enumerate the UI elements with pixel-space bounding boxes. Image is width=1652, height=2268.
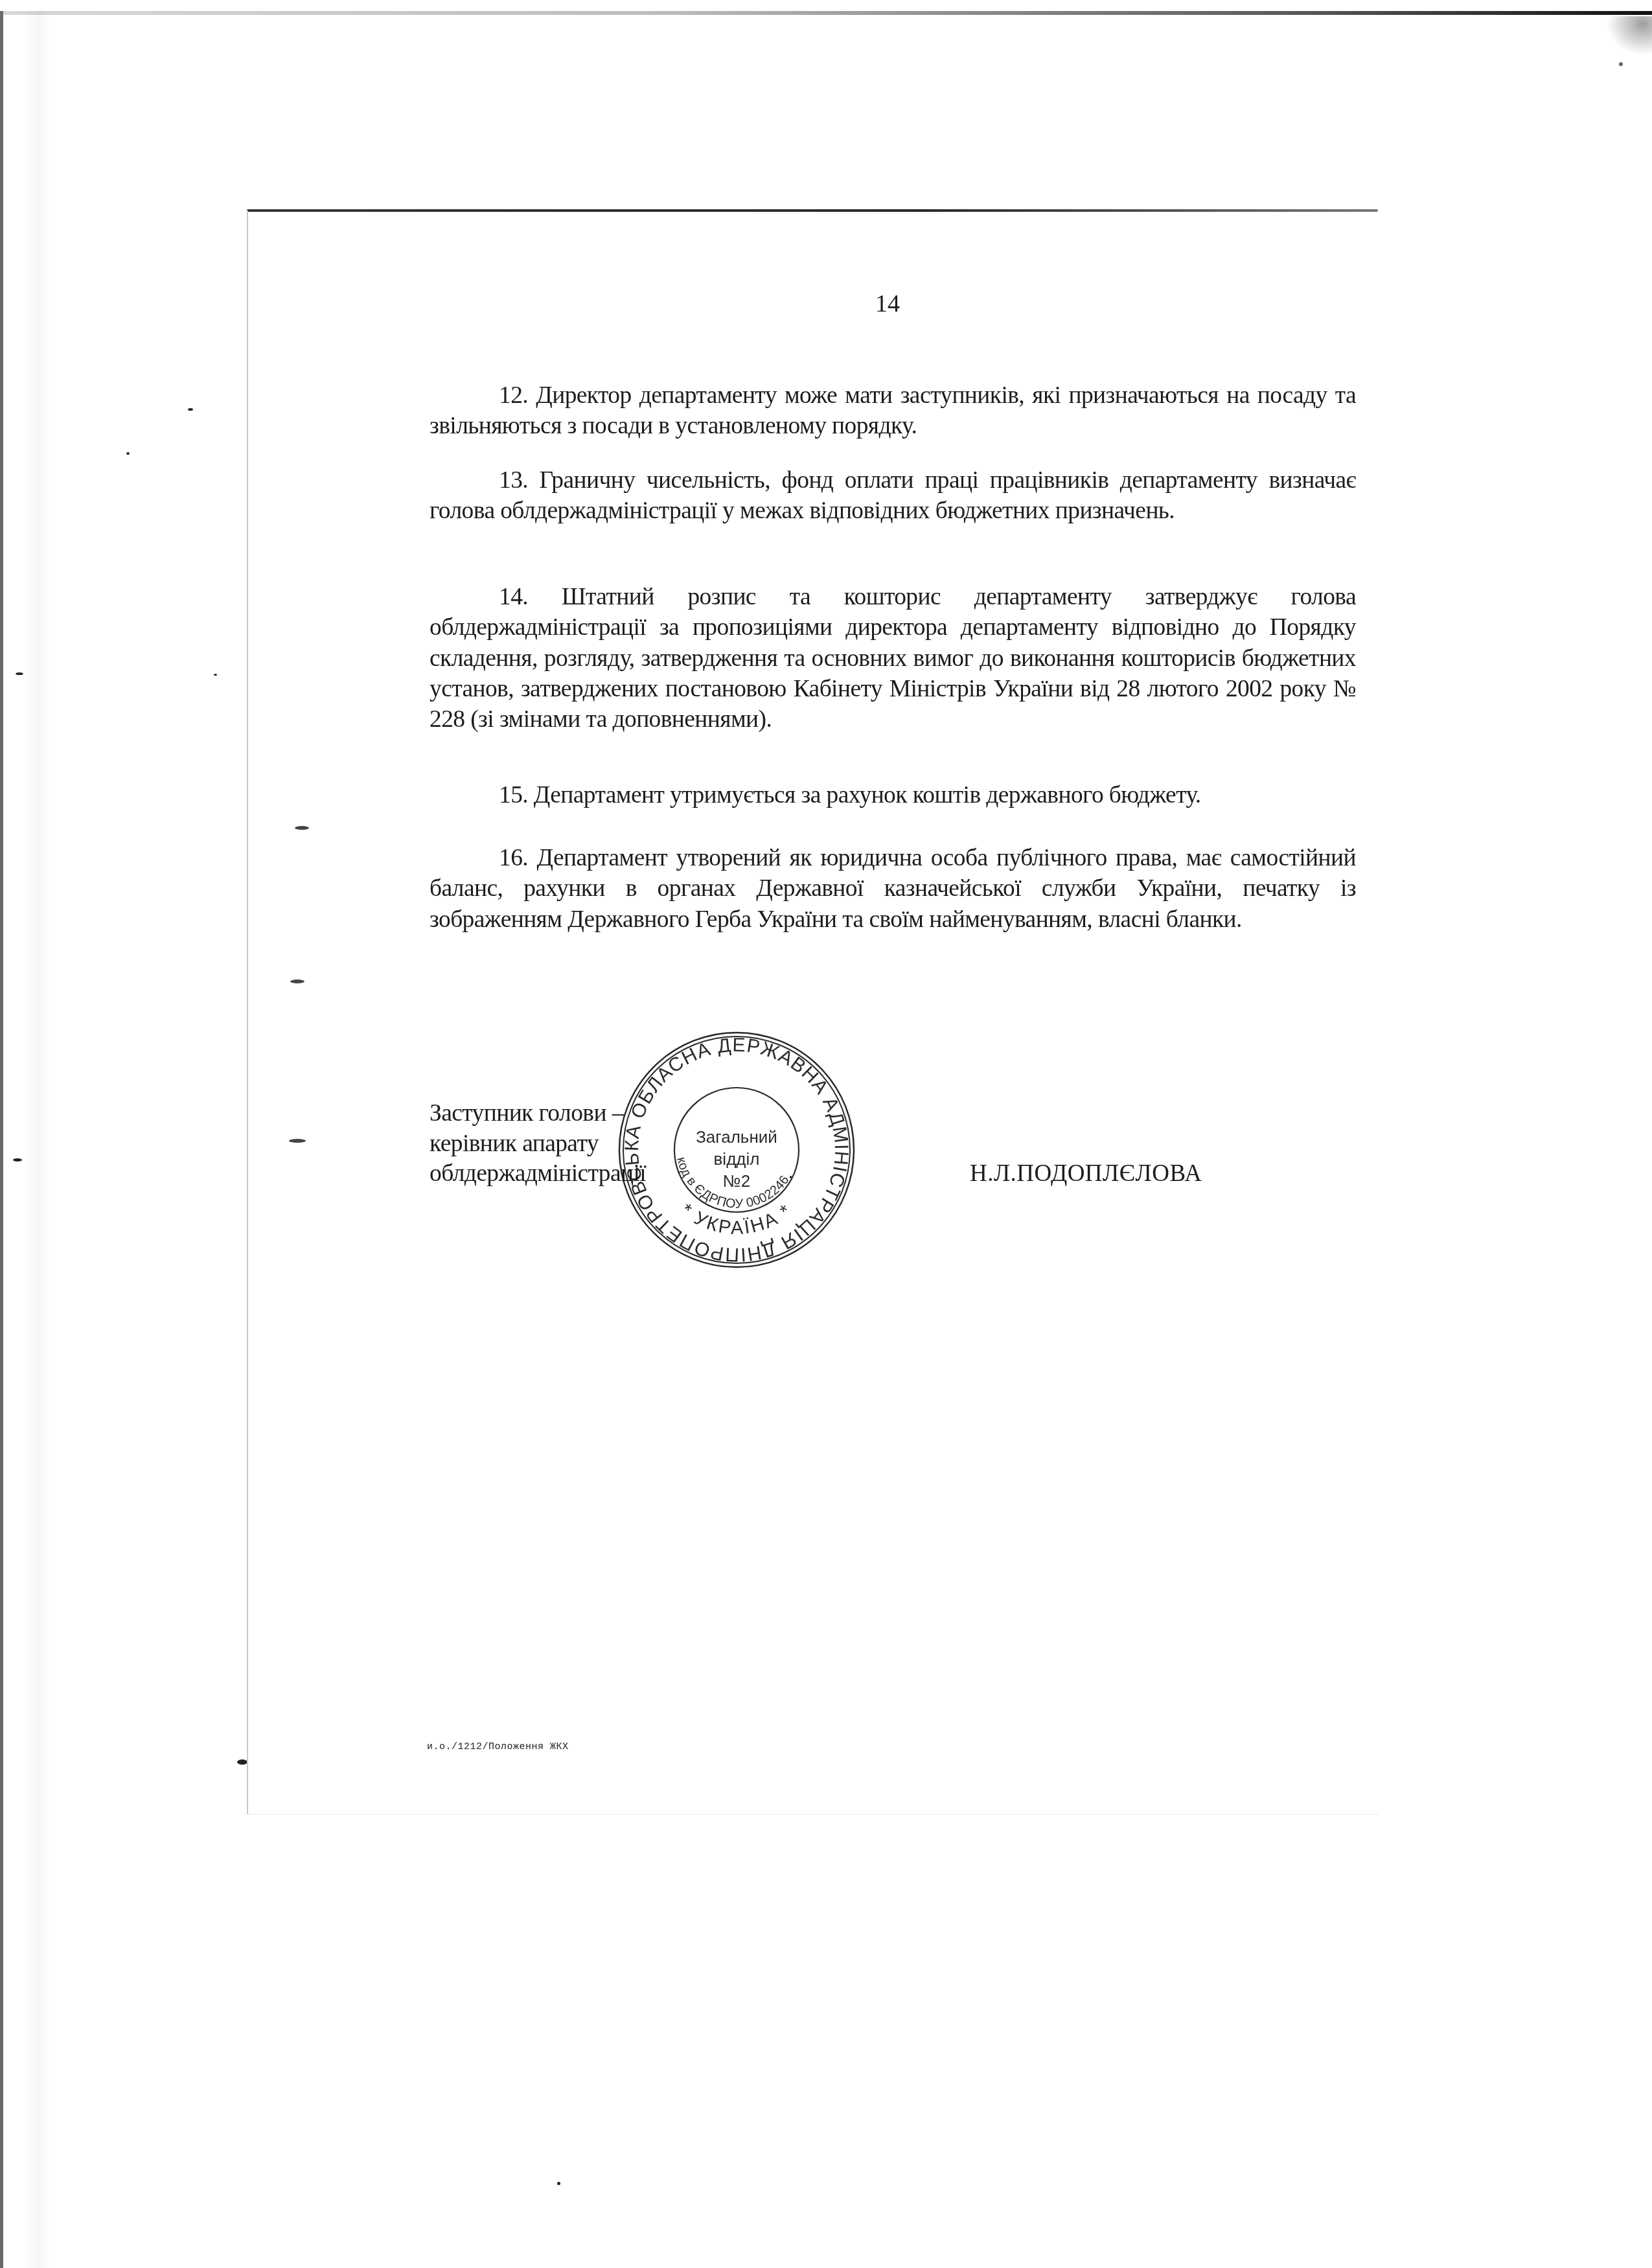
footer-file-reference: и.о./1212/Положення ЖКХ [427, 1741, 569, 1753]
paragraph-16: 16. Департамент утворений як юридична ос… [430, 843, 1356, 935]
scan-speck [214, 674, 217, 676]
scan-speck [126, 452, 130, 455]
signatory-name: Н.Л.ПОДОПЛЄЛОВА [970, 1159, 1202, 1189]
stamp-seal-icon: ДНІПРОПЕТРОВСЬКА ОБЛАСНА ДЕРЖАВНА АДМІНІ… [615, 1029, 858, 1271]
signatory-title-line: керівник апарату [430, 1129, 646, 1160]
paragraph-12: 12. Директор департаменту може мати заст… [430, 380, 1356, 442]
scan-speck [237, 1759, 247, 1765]
page-number: 14 [868, 289, 907, 319]
paragraph-15: 15. Департамент утримується за рахунок к… [430, 780, 1356, 810]
paragraph-text: 13. Граничну чисельність, фонд оплати пр… [430, 465, 1356, 527]
paragraph-text: 14. Штатний розпис та кошторис департаме… [430, 582, 1356, 735]
stamp-center-line: відділ [714, 1149, 760, 1169]
signatory-title: Заступник голови – керівник апарату облд… [430, 1099, 646, 1189]
official-stamp: ДНІПРОПЕТРОВСЬКА ОБЛАСНА ДЕРЖАВНА АДМІНІ… [615, 1029, 858, 1271]
paragraph-text: 12. Директор департаменту може мати заст… [430, 380, 1356, 442]
scan-speck [16, 672, 23, 675]
photocopy-page-frame [247, 211, 1379, 1815]
signatory-title-line: облдержадміністрації [430, 1159, 646, 1189]
scan-top-edge [0, 11, 1652, 15]
stamp-center-line: Загальний [696, 1127, 777, 1147]
paragraph-14: 14. Штатний розпис та кошторис департаме… [430, 582, 1356, 735]
scan-corner-smudge [1607, 16, 1652, 55]
paragraph-text: 16. Департамент утворений як юридична ос… [430, 843, 1356, 935]
scan-speck [557, 2182, 560, 2185]
scan-speck [13, 1158, 22, 1162]
scan-speck [188, 408, 193, 411]
paragraph-text: 15. Департамент утримується за рахунок к… [430, 780, 1356, 810]
paragraph-13: 13. Граничну чисельність, фонд оплати пр… [430, 465, 1356, 527]
signatory-title-line: Заступник голови – [430, 1099, 646, 1129]
scan-speck [1619, 62, 1623, 66]
scan-shading-band [25, 11, 52, 2268]
scan-left-edge [0, 11, 3, 2268]
stamp-center-line: №2 [723, 1171, 750, 1191]
